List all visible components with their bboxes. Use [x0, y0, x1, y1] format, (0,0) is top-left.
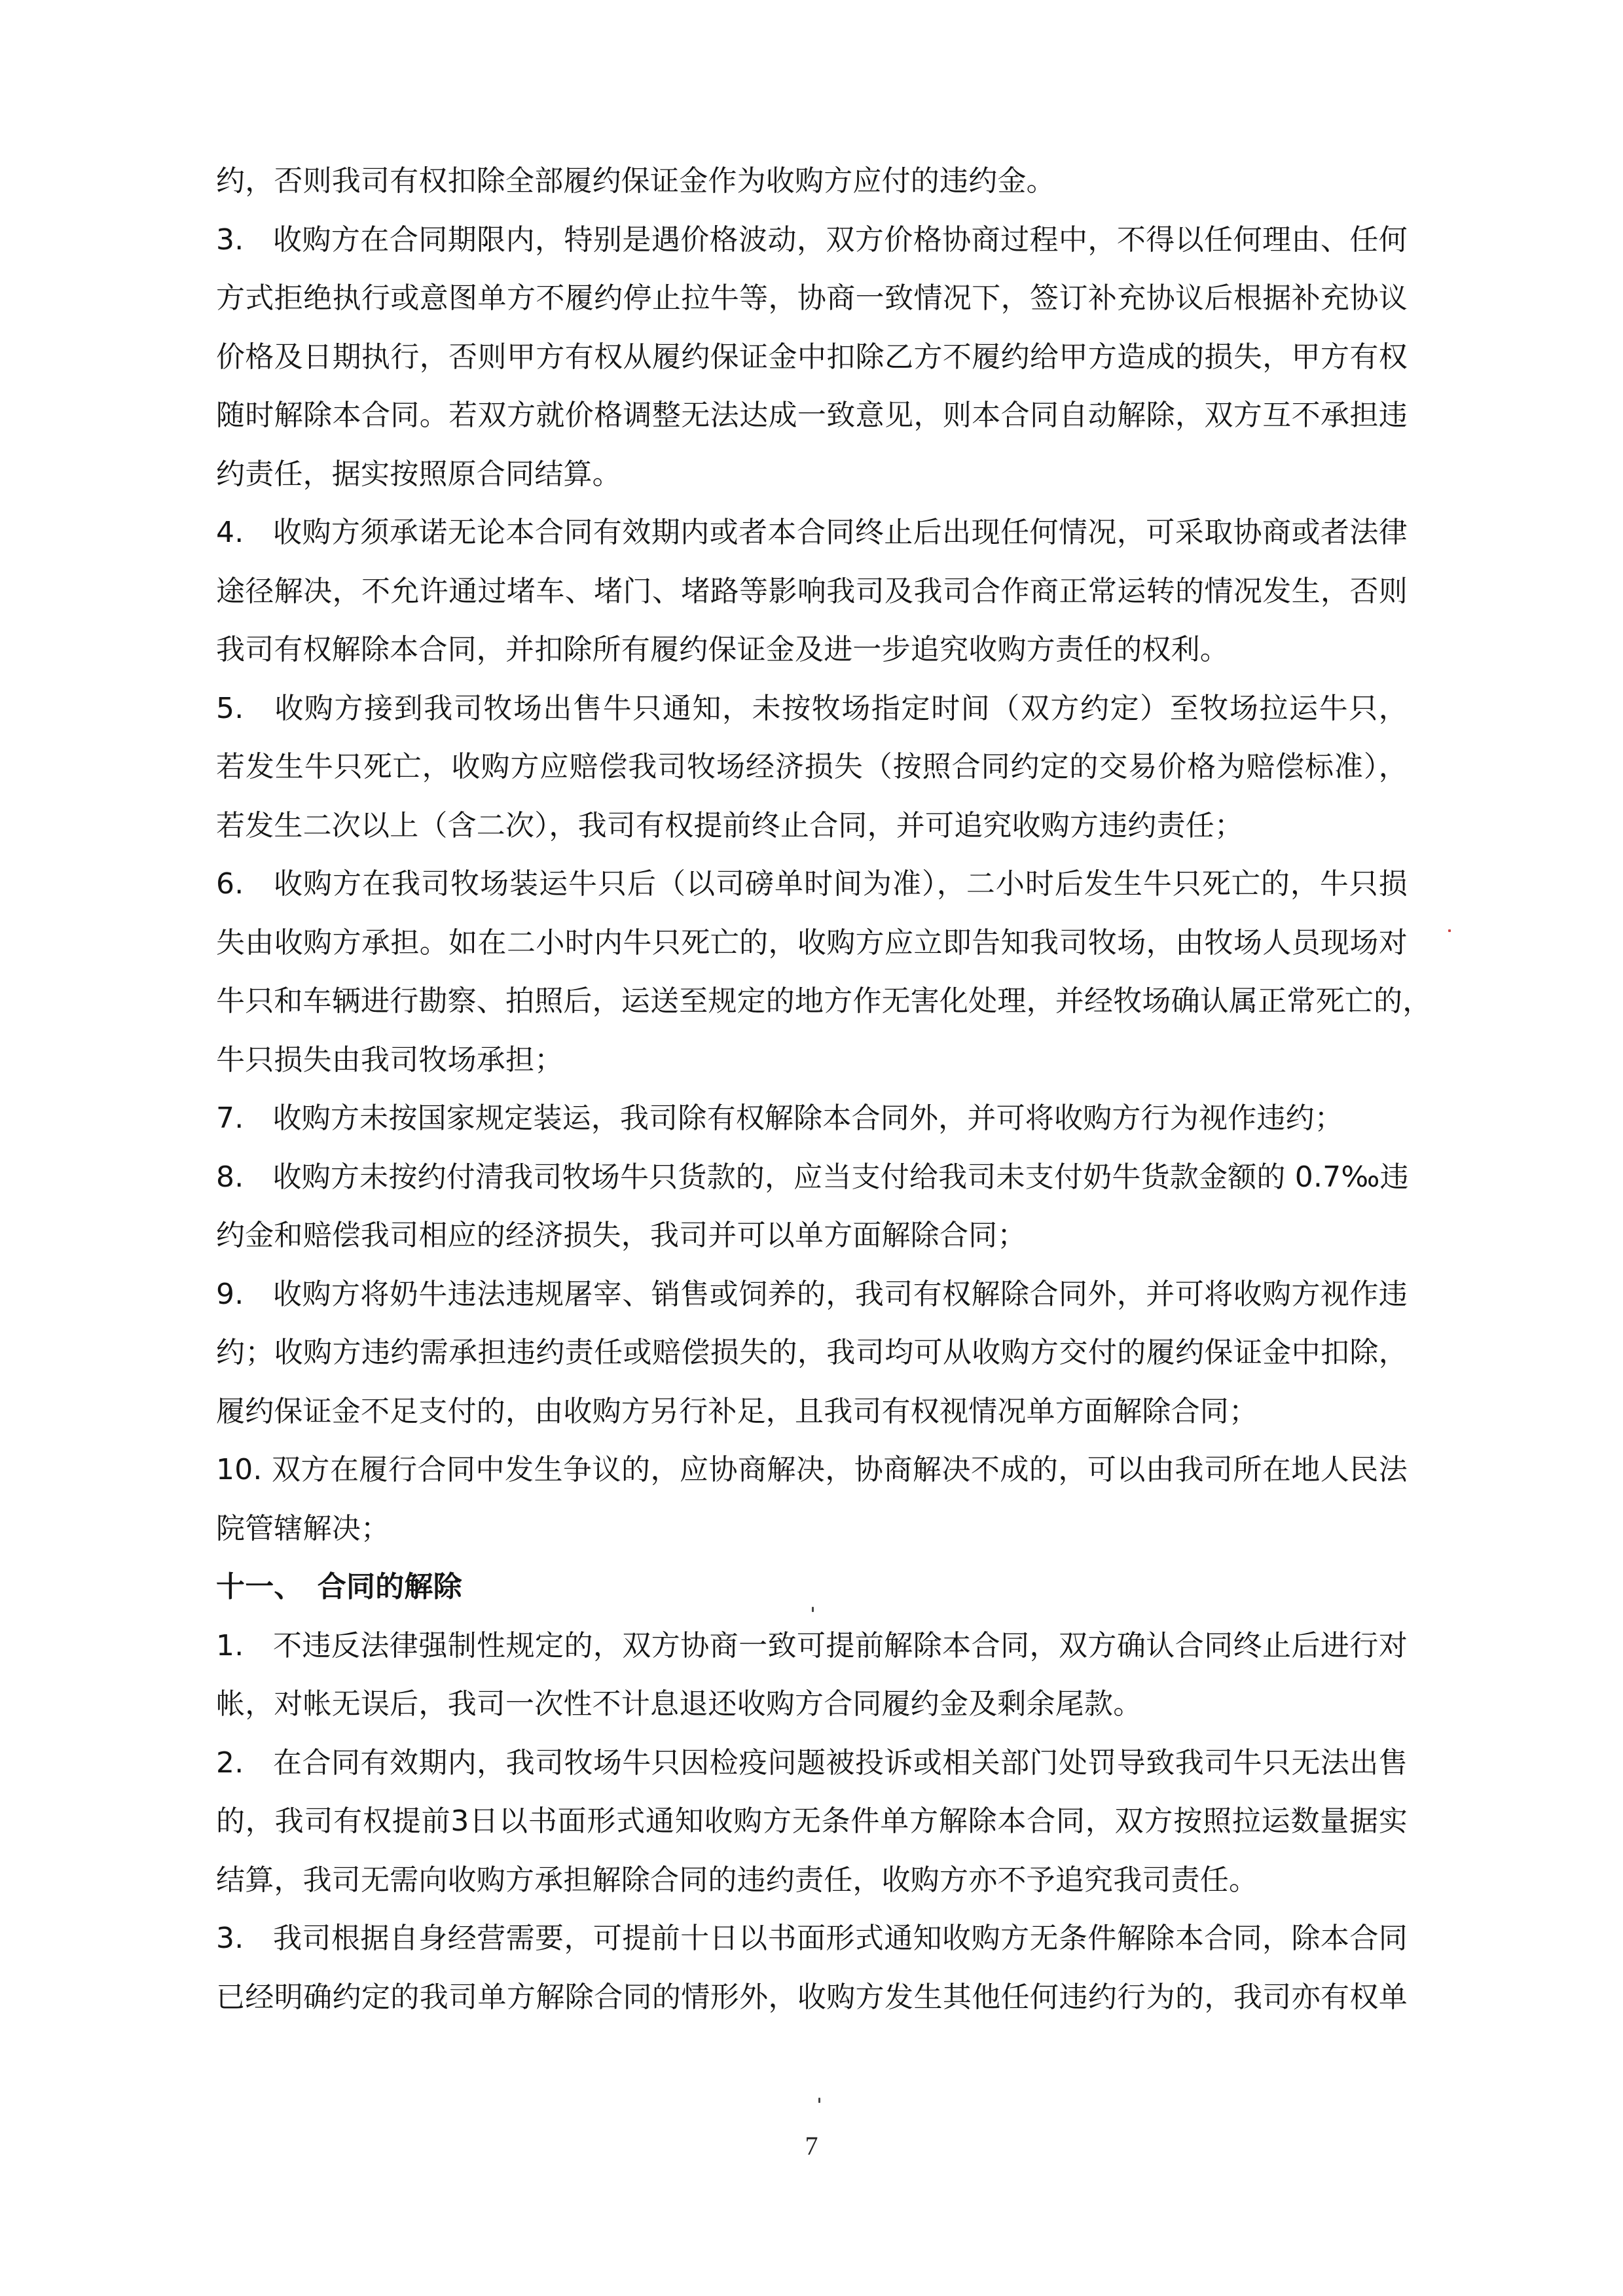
text-line: 随时解除本合同。若双方就价格调整无法达成一致意见，则本合同自动解除，双方互不承担…: [216, 386, 1408, 445]
clause-7-line-1: 7. 收购方未按国家规定装运，我司除有权解除本合同外，并可将收购方行为视作违约；: [216, 1089, 1408, 1148]
document-page: 约，否则我司有权扣除全部履约保证金作为收购方应付的违约金。 3. 收购方在合同期…: [0, 0, 1623, 2296]
text-line: 若发生牛只死亡，收购方应赔偿我司牧场经济损失（按照合同约定的交易价格为赔偿标准）…: [216, 738, 1408, 797]
text-line: 帐，对帐无误后，我司一次性不计息退还收购方合同履约金及剩余尾款。: [216, 1675, 1408, 1734]
text-line: 途径解决，不允许通过堵车、堵门、堵路等影响我司及我司合作商正常运转的情况发生，否…: [216, 562, 1408, 621]
text-line: 若发生二次以上（含二次），我司有权提前终止合同，并可追究收购方违约责任；: [216, 797, 1408, 855]
text-line: 结算，我司无需向收购方承担解除合同的违约责任，收购方亦不予追究我司责任。: [216, 1851, 1408, 1910]
text-line: 约；收购方违约需承担违约责任或赔偿损失的，我司均可从收购方交付的履约保证金中扣除…: [216, 1323, 1408, 1382]
scan-speck: [812, 1607, 814, 1612]
text-line: 的，我司有权提前3日以书面形式通知收购方无条件单方解除本合同，双方按照拉运数量据…: [216, 1792, 1408, 1851]
text-line: 牛只损失由我司牧场承担；: [216, 1031, 1408, 1090]
clause-6-line-1: 6. 收购方在我司牧场装运牛只后（以司磅单时间为准），二小时后发生牛只死亡的，牛…: [216, 855, 1408, 914]
clause-4-line-1: 4. 收购方须承诺无论本合同有效期内或者本合同终止后出现任何情况，可采取协商或者…: [216, 503, 1408, 562]
clause-3-line-1: 3. 收购方在合同期限内，特别是遇价格波动，双方价格协商过程中，不得以任何理由、…: [216, 211, 1408, 270]
scan-speck: [818, 2098, 820, 2103]
page-number: 7: [0, 2130, 1623, 2161]
clause-9-line-1: 9. 收购方将奶牛违法违规屠宰、销售或饲养的，我司有权解除合同外，并可将收购方视…: [216, 1265, 1408, 1324]
clause-8-line-1: 8. 收购方未按约付清我司牧场牛只货款的，应当支付给我司未支付奶牛货款金额的 0…: [216, 1148, 1408, 1207]
text-line: 方式拒绝执行或意图单方不履约停止拉牛等，协商一致情况下，签订补充协议后根据补充协…: [216, 269, 1408, 328]
termination-clause-3-line-1: 3. 我司根据自身经营需要，可提前十日以书面形式通知收购方无条件解除本合同，除本…: [216, 1909, 1408, 1968]
clause-5-line-1: 5. 收购方接到我司牧场出售牛只通知，未按牧场指定时间（双方约定）至牧场拉运牛只…: [216, 679, 1408, 738]
text-line: 约，否则我司有权扣除全部履约保证金作为收购方应付的违约金。: [216, 152, 1408, 211]
text-line: 履约保证金不足支付的，由收购方另行补足，且我司有权视情况单方面解除合同；: [216, 1382, 1408, 1441]
clause-10-line-1: 10. 双方在履行合同中发生争议的，应协商解决，协商解决不成的，可以由我司所在地…: [216, 1441, 1408, 1499]
text-line: 约责任，据实按照原合同结算。: [216, 445, 1408, 504]
text-line: 院管辖解决；: [216, 1499, 1408, 1558]
text-line: 约金和赔偿我司相应的经济损失，我司并可以单方面解除合同；: [216, 1206, 1408, 1265]
text-line: 我司有权解除本合同，并扣除所有履约保证金及进一步追究收购方责任的权利。: [216, 620, 1408, 679]
scan-speck: [1448, 929, 1451, 932]
document-body: 约，否则我司有权扣除全部履约保证金作为收购方应付的违约金。 3. 收购方在合同期…: [216, 152, 1408, 2026]
text-line: 失由收购方承担。如在二小时内牛只死亡的，收购方应立即告知我司牧场，由牧场人员现场…: [216, 914, 1408, 973]
text-line: 已经明确约定的我司单方解除合同的情形外，收购方发生其他任何违约行为的，我司亦有权…: [216, 1968, 1408, 2027]
termination-clause-1-line-1: 1. 不违反法律强制性规定的，双方协商一致可提前解除本合同，双方确认合同终止后进…: [216, 1617, 1408, 1676]
text-line: 牛只和车辆进行勘察、拍照后，运送至规定的地方作无害化处理，并经牧场确认属正常死亡…: [216, 972, 1408, 1031]
termination-clause-2-line-1: 2. 在合同有效期内，我司牧场牛只因检疫问题被投诉或相关部门处罚导致我司牛只无法…: [216, 1734, 1408, 1793]
text-line: 价格及日期执行，否则甲方有权从履约保证金中扣除乙方不履约给甲方造成的损失，甲方有…: [216, 328, 1408, 387]
